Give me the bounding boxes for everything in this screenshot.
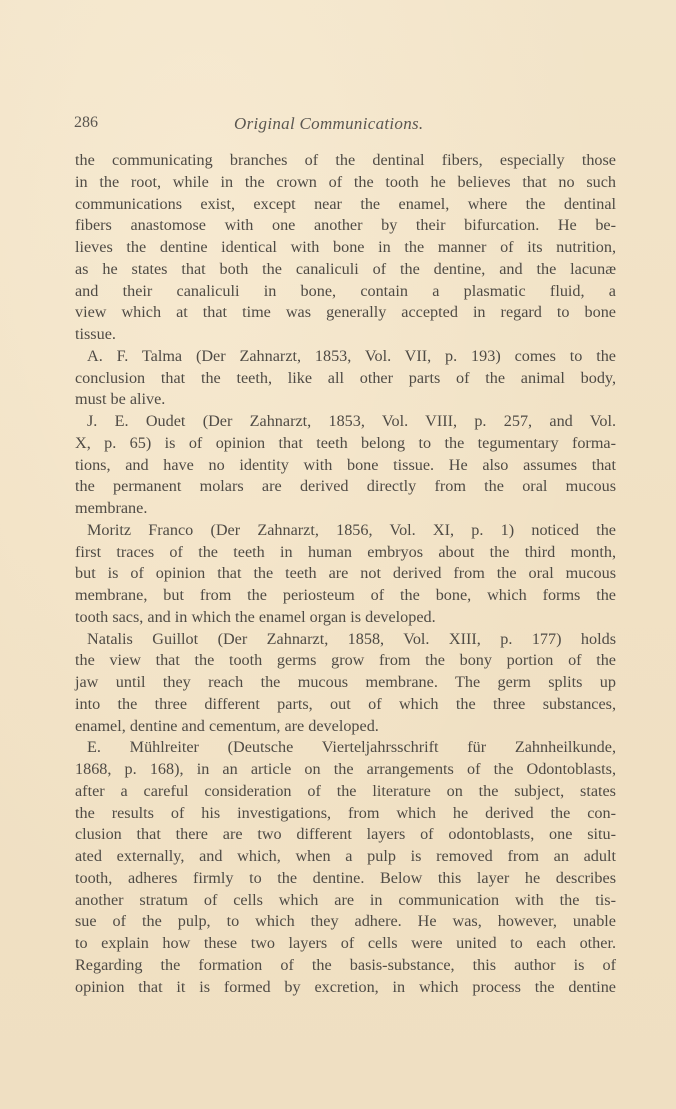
text-line: Regarding the formation of the basis-sub… [75,955,616,977]
text-line: communications exist, except near the en… [75,194,616,216]
running-head: 286 Original Communications. [74,112,614,138]
text-line: conclusion that the teeth, like all othe… [75,368,616,390]
text-line: jaw until they reach the mucous membrane… [75,672,616,694]
text-line: the permanent molars are derived directl… [75,476,616,498]
text-line: lieves the dentine identical with bone i… [75,237,616,259]
text-line: as he states that both the canaliculi of… [75,259,616,281]
text-line: tooth, adheres firmly to the dentine. Be… [75,868,616,890]
text-line: sue of the pulp, to which they adhere. H… [75,911,616,933]
text-line: tooth sacs, and in which the enamel orga… [75,607,616,629]
text-line: the results of his investigations, from … [75,803,616,825]
text-line: must be alive. [75,389,616,411]
paragraph-start-line: A. F. Talma (Der Zahnarzt, 1853, Vol. VI… [75,346,616,368]
text-line: tissue. [75,324,616,346]
text-line: membrane, but from the periosteum of the… [75,585,616,607]
text-line: X, p. 65) is of opinion that teeth belon… [75,433,616,455]
text-line: after a careful consideration of the lit… [75,781,616,803]
book-page: 286 Original Communications. the communi… [0,0,676,1109]
text-line: and their canaliculi in bone, contain a … [75,281,616,303]
text-line: tions, and have no identity with bone ti… [75,455,616,477]
text-line: into the three different parts, out of w… [75,694,616,716]
page-number: 286 [74,114,98,132]
text-line: view which at that time was generally ac… [75,302,616,324]
text-line: another stratum of cells which are in co… [75,890,616,912]
paragraph-start-line: E. Mühlreiter (Deutsche Vierteljahrsschr… [75,737,616,759]
text-line: 1868, p. 168), in an article on the arra… [75,759,616,781]
paragraph-start-line: J. E. Oudet (Der Zahnarzt, 1853, Vol. VI… [75,411,616,433]
text-line: but is of opinion that the teeth are not… [75,563,616,585]
text-line: the communicating branches of the dentin… [75,150,616,172]
text-line: membrane. [75,498,616,520]
paragraph-start-line: Natalis Guillot (Der Zahnarzt, 1858, Vol… [75,629,616,651]
text-line: the view that the tooth germs grow from … [75,650,616,672]
text-line: to explain how these two layers of cells… [75,933,616,955]
text-line: first traces of the teeth in human embry… [75,542,616,564]
text-line: fibers anastomose with one another by th… [75,215,616,237]
text-line: enamel, dentine and cementum, are develo… [75,716,616,738]
text-line: ated externally, and which, when a pulp … [75,846,616,868]
text-line: opinion that it is formed by excretion, … [75,977,616,999]
text-line: in the root, while in the crown of the t… [75,172,616,194]
text-line: clusion that there are two different lay… [75,824,616,846]
body-text: the communicating branches of the dentin… [75,150,616,998]
running-title: Original Communications. [234,114,424,134]
paragraph-start-line: Moritz Franco (Der Zahnarzt, 1856, Vol. … [75,520,616,542]
